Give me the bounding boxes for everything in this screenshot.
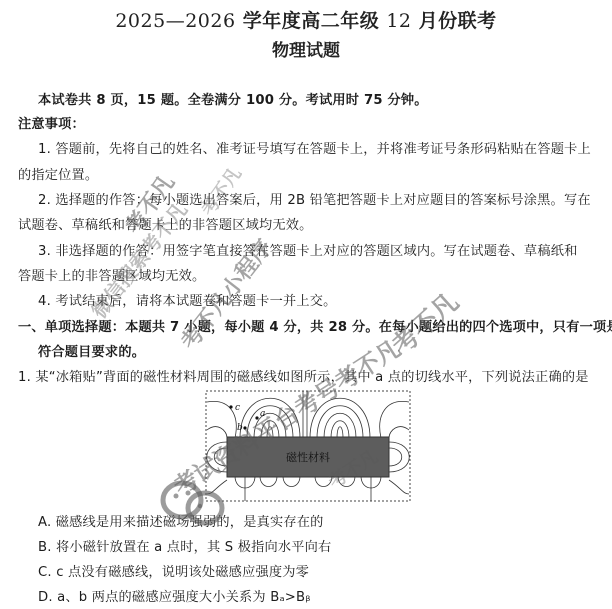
field-lines-diagram: 磁性材料 c a b: [205, 390, 411, 502]
notice-item-2: 2. 选择题的作答：每小题选出答案后，用 2B 铅笔把答题卡上对应题目的答案标号…: [38, 189, 591, 208]
notice-item-3-cont: 答题卡上的非答题区域均无效。: [18, 265, 205, 284]
option-b: B. 将小磁针放置在 a 点时，其 S 极指向水平向右: [38, 536, 331, 555]
option-c: C. c 点没有磁感线，说明该处磁感应强度为零: [38, 561, 309, 580]
magnetic-field-figure: 磁性材料 c a b: [205, 390, 411, 502]
exam-intro: 本试卷共 8 页，15 题。全卷满分 100 分。考试用时 75 分钟。: [38, 89, 428, 108]
question-1-stem: 1. 某“冰箱贴”背面的磁性材料周围的磁感线如图所示，其中 a 点的切线水平，下…: [18, 366, 589, 385]
title-month: 12: [386, 10, 411, 32]
notice-item-1: 1. 答题前，先将自己的姓名、准考证号填写在答题卡上，并将准考证号条形码粘贴在答…: [38, 138, 591, 157]
notice-item-3: 3. 非选择题的作答：用签字笔直接答在答题卡上对应的答题区域内。写在试题卷、草稿…: [38, 240, 577, 259]
section-heading: 一、单项选择题：本题共 7 小题，每小题 4 分，共 28 分。在每小题给出的四…: [18, 316, 612, 335]
magnet-label: 磁性材料: [286, 450, 330, 464]
point-label-c: c: [235, 403, 240, 413]
subject-title: 物理试题: [0, 36, 612, 61]
wechat-logo-watermark-icon: [160, 478, 230, 533]
exam-title: 2025—2026 学年度高二年级 12 月份联考: [0, 6, 612, 33]
notice-item-2-cont: 试题卷、草稿纸和答题卡上的非答题区域均无效。: [18, 214, 313, 233]
notice-item-1-cont: 的指定位置。: [18, 164, 98, 183]
notice-item-4: 4. 考试结束后，请将本试题卷和答题卡一并上交。: [38, 290, 337, 309]
title-suffix: 月份联考: [419, 10, 497, 32]
section-heading-cont: 符合题目要求的。: [38, 341, 145, 360]
point-label-a: a: [260, 409, 265, 419]
point-label-b: b: [237, 423, 243, 433]
option-d: D. a、b 两点的磁感应强度大小关系为 Bₐ>Bᵦ: [38, 586, 311, 605]
title-years: 2025—2026: [115, 10, 235, 32]
exam-page: 2025—2026 学年度高二年级 12 月份联考 物理试题 本试卷共 8 页，…: [0, 0, 612, 609]
notice-heading: 注意事项：: [18, 113, 85, 132]
title-grade: 学年度高二年级: [243, 10, 380, 32]
